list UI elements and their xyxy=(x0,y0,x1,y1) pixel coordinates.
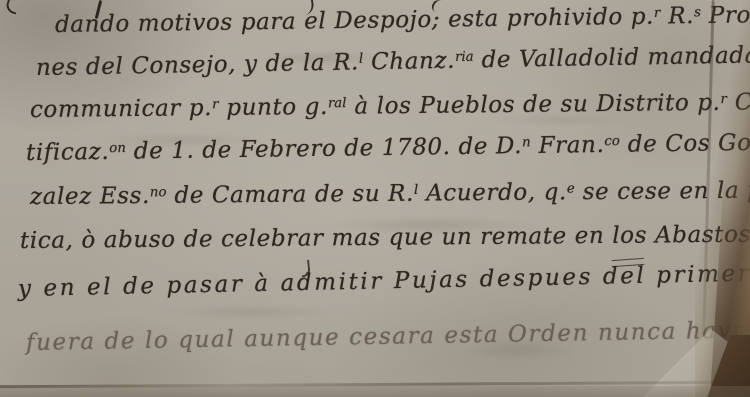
manuscript-page: dando motivos para el Despojo; esta proh… xyxy=(0,0,750,397)
manuscript-line-5: zalez Ess.no de Camara de su R.l Acuerdo… xyxy=(30,177,750,210)
bottom-fold-crease xyxy=(0,381,750,389)
cropped-line-ink-fragment xyxy=(4,0,19,15)
manuscript-line-1: dando motivos para el Despojo; esta proh… xyxy=(55,1,750,38)
manuscript-line-2: nes del Consejo, y de la R.l Chanz.ria d… xyxy=(36,42,750,81)
manuscript-line-7: y en el de pasar à admitir Pujas despues… xyxy=(18,260,750,302)
table-shadow-corner xyxy=(698,335,750,397)
manuscript-line-6: tica, ò abuso de celebrar mas que un rem… xyxy=(20,221,750,254)
bottom-page-strip xyxy=(0,386,750,397)
page-edge-shadow xyxy=(710,179,750,397)
manuscript-line-8: fuera de lo qual aunque cesara esta Orde… xyxy=(26,316,750,356)
manuscript-line-4: tificaz.on de 1. de Febrero de 1780. de … xyxy=(26,130,750,166)
manuscript-line-3: communicar p.r punto g.ral à los Pueblos… xyxy=(30,89,750,123)
